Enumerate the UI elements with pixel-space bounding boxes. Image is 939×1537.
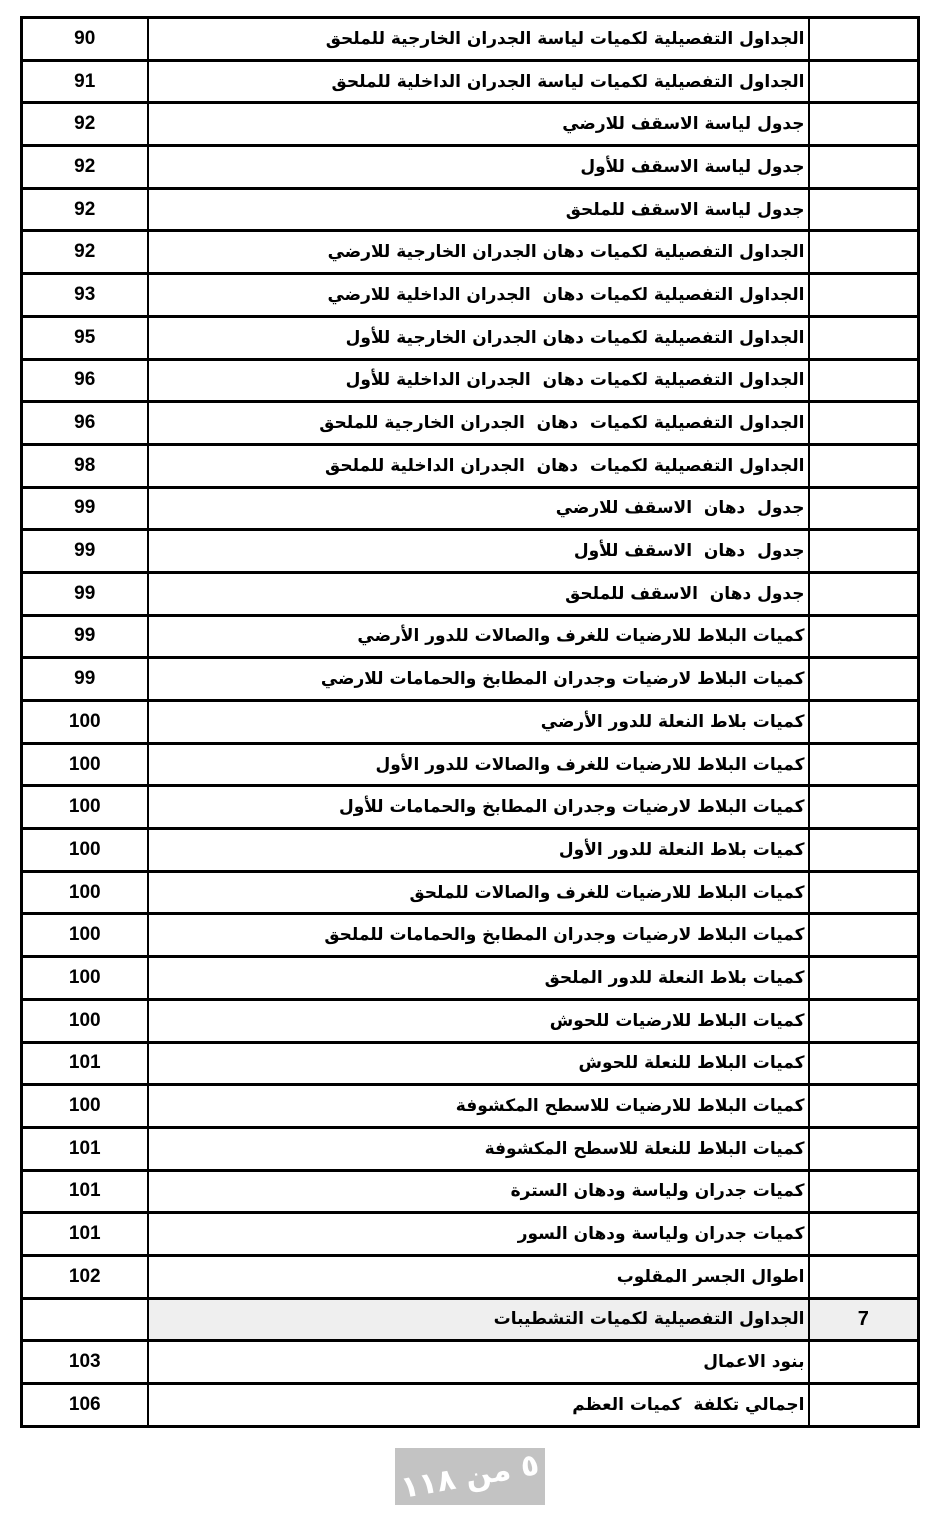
toc-page-number: 92 — [22, 146, 148, 189]
toc-page-number: 96 — [22, 402, 148, 445]
table-row: 96 الجداول التفصيلية لكميات دهان الجدران… — [22, 359, 919, 402]
toc-page-number: 102 — [22, 1255, 148, 1298]
toc-section-number — [809, 359, 919, 402]
toc-entry-title: الجداول التفصيلية لكميات لياسة الجدران ا… — [148, 18, 809, 61]
toc-section-number — [809, 1255, 919, 1298]
toc-page-number: 99 — [22, 487, 148, 530]
toc-section-number — [809, 914, 919, 957]
table-row: 100 كميات البلاط للارضيات للاسطح المكشوف… — [22, 1085, 919, 1128]
toc-page-number: 99 — [22, 572, 148, 615]
toc-entry-title: كميات بلاط النعلة للدور الملحق — [148, 957, 809, 1000]
toc-section-number — [809, 402, 919, 445]
toc-entry-title: كميات جدران ولياسة ودهان السور — [148, 1213, 809, 1256]
toc-section-number — [809, 1127, 919, 1170]
toc-section-number — [809, 957, 919, 1000]
table-row: 96 الجداول التفصيلية لكميات دهان الجدران… — [22, 402, 919, 445]
toc-entry-title: كميات البلاط لارضيات وجدران المطابخ والح… — [148, 914, 809, 957]
toc-entry-title: كميات البلاط لارضيات وجدران المطابخ والح… — [148, 786, 809, 829]
toc-section-number — [809, 829, 919, 872]
table-row: 100 كميات بلاط النعلة للدور الأول — [22, 829, 919, 872]
toc-entry-title: كميات البلاط للارضيات للاسطح المكشوفة — [148, 1085, 809, 1128]
toc-page-number: 100 — [22, 999, 148, 1042]
table-row: 95 الجداول التفصيلية لكميات دهان الجدران… — [22, 316, 919, 359]
toc-entry-title: جدول دهان الاسقف للأول — [148, 530, 809, 573]
toc-page-number: 103 — [22, 1341, 148, 1384]
table-row: 92 جدول لياسة الاسقف للملحق — [22, 188, 919, 231]
table-row: 100 كميات بلاط النعلة للدور الأرضي — [22, 701, 919, 744]
table-row: 100 كميات البلاط لارضيات وجدران المطابخ … — [22, 786, 919, 829]
toc-page-number: 100 — [22, 914, 148, 957]
table-row: 99 كميات البلاط للارضيات للغرف والصالات … — [22, 615, 919, 658]
toc-page-number: 106 — [22, 1384, 148, 1427]
toc-page-number: 92 — [22, 188, 148, 231]
toc-page-number: 96 — [22, 359, 148, 402]
toc-entry-title: جدول دهان الاسقف للملحق — [148, 572, 809, 615]
toc-section-number — [809, 786, 919, 829]
toc-section-number — [809, 1384, 919, 1427]
toc-section-number — [809, 701, 919, 744]
toc-section-number — [809, 615, 919, 658]
toc-page-number: 91 — [22, 60, 148, 103]
toc-page-number: 101 — [22, 1042, 148, 1085]
toc-section-number — [809, 572, 919, 615]
table-row: 90 الجداول التفصيلية لكميات لياسة الجدرا… — [22, 18, 919, 61]
toc-section-number — [809, 1341, 919, 1384]
table-row: 92 جدول لياسة الاسقف للأول — [22, 146, 919, 189]
table-row: 101 كميات جدران ولياسة ودهان السترة — [22, 1170, 919, 1213]
toc-section-number — [809, 530, 919, 573]
table-row: 101 كميات جدران ولياسة ودهان السور — [22, 1213, 919, 1256]
toc-page-number: 92 — [22, 103, 148, 146]
toc-section-number — [809, 316, 919, 359]
toc-entry-title: الجداول التفصيلية لكميات دهان الجدران ال… — [148, 231, 809, 274]
table-row: 100 كميات البلاط للارضيات للحوش — [22, 999, 919, 1042]
toc-section-number — [809, 274, 919, 317]
toc-section-number — [809, 658, 919, 701]
toc-section-number — [809, 1085, 919, 1128]
toc-table: 90 الجداول التفصيلية لكميات لياسة الجدرا… — [20, 16, 920, 1428]
toc-section-number — [809, 231, 919, 274]
table-row: 100 كميات البلاط للارضيات للغرف والصالات… — [22, 743, 919, 786]
toc-page-number: 100 — [22, 701, 148, 744]
toc-entry-title: جدول لياسة الاسقف للارضي — [148, 103, 809, 146]
toc-page-number: 93 — [22, 274, 148, 317]
toc-entry-title: الجداول التفصيلية لكميات دهان الجدران ال… — [148, 274, 809, 317]
toc-page-number: 101 — [22, 1213, 148, 1256]
toc-section-number — [809, 18, 919, 61]
toc-page-number: 100 — [22, 957, 148, 1000]
table-row: 91 الجداول التفصيلية لكميات لياسة الجدرا… — [22, 60, 919, 103]
table-row: 99 جدول دهان الاسقف للارضي — [22, 487, 919, 530]
table-row: 93 الجداول التفصيلية لكميات دهان الجدران… — [22, 274, 919, 317]
toc-section-number — [809, 1042, 919, 1085]
toc-entry-title: كميات بلاط النعلة للدور الأول — [148, 829, 809, 872]
toc-entry-title: كميات البلاط للنعلة للحوش — [148, 1042, 809, 1085]
toc-table-body: 90 الجداول التفصيلية لكميات لياسة الجدرا… — [22, 18, 919, 1427]
toc-section-number — [809, 871, 919, 914]
table-row: 100 كميات البلاط لارضيات وجدران المطابخ … — [22, 914, 919, 957]
toc-page-number: 100 — [22, 786, 148, 829]
toc-entry-title: جدول دهان الاسقف للارضي — [148, 487, 809, 530]
document-page: 90 الجداول التفصيلية لكميات لياسة الجدرا… — [0, 0, 939, 1537]
toc-page-number: 98 — [22, 444, 148, 487]
table-row: 98 الجداول التفصيلية لكميات دهان الجدران… — [22, 444, 919, 487]
toc-entry-title: كميات جدران ولياسة ودهان السترة — [148, 1170, 809, 1213]
toc-section-number — [809, 1170, 919, 1213]
toc-page-number: 100 — [22, 1085, 148, 1128]
toc-entry-title: اجمالي تكلفة كميات العظم — [148, 1384, 809, 1427]
toc-entry-title: الجداول التفصيلية لكميات دهان الجدران ال… — [148, 316, 809, 359]
toc-page-number: 95 — [22, 316, 148, 359]
toc-entry-title: الجداول التفصيلية لكميات التشطيبات — [148, 1298, 809, 1341]
table-row: 103 بنود الاعمال — [22, 1341, 919, 1384]
toc-page-number: 100 — [22, 829, 148, 872]
table-row: 99 جدول دهان الاسقف للملحق — [22, 572, 919, 615]
toc-section-number — [809, 487, 919, 530]
toc-entry-title: كميات البلاط للارضيات للغرف والصالات للد… — [148, 743, 809, 786]
toc-section-number — [809, 60, 919, 103]
toc-entry-title: جدول لياسة الاسقف للملحق — [148, 188, 809, 231]
table-row: 92 الجداول التفصيلية لكميات دهان الجدران… — [22, 231, 919, 274]
toc-section-number — [809, 1213, 919, 1256]
toc-entry-title: الجداول التفصيلية لكميات لياسة الجدران ا… — [148, 60, 809, 103]
table-row: 101 كميات البلاط للنعلة للاسطح المكشوفة — [22, 1127, 919, 1170]
toc-page-number: 99 — [22, 615, 148, 658]
table-row: 100 كميات بلاط النعلة للدور الملحق — [22, 957, 919, 1000]
toc-section-number — [809, 146, 919, 189]
toc-entry-title: كميات البلاط للنعلة للاسطح المكشوفة — [148, 1127, 809, 1170]
toc-page-number: 99 — [22, 530, 148, 573]
toc-section-number — [809, 743, 919, 786]
toc-entry-title: كميات البلاط للارضيات للحوش — [148, 999, 809, 1042]
table-row: 106 اجمالي تكلفة كميات العظم — [22, 1384, 919, 1427]
toc-page-number: 101 — [22, 1127, 148, 1170]
toc-entry-title: الجداول التفصيلية لكميات دهان الجدران ال… — [148, 402, 809, 445]
table-row: 102 اطوال الجسر المقلوب — [22, 1255, 919, 1298]
toc-section-number — [809, 444, 919, 487]
toc-page-number: 99 — [22, 658, 148, 701]
toc-page-number: 100 — [22, 871, 148, 914]
toc-section-number — [809, 188, 919, 231]
table-row: 99 كميات البلاط لارضيات وجدران المطابخ و… — [22, 658, 919, 701]
toc-page-number: 101 — [22, 1170, 148, 1213]
toc-page-number — [22, 1298, 148, 1341]
table-row: 101 كميات البلاط للنعلة للحوش — [22, 1042, 919, 1085]
toc-entry-title: كميات البلاط للارضيات للغرف والصالات للم… — [148, 871, 809, 914]
toc-section-number — [809, 103, 919, 146]
toc-entry-title: بنود الاعمال — [148, 1341, 809, 1384]
table-row: الجداول التفصيلية لكميات التشطيبات 7 — [22, 1298, 919, 1341]
toc-entry-title: اطوال الجسر المقلوب — [148, 1255, 809, 1298]
toc-page-number: 92 — [22, 231, 148, 274]
toc-entry-title: كميات البلاط للارضيات للغرف والصالات للد… — [148, 615, 809, 658]
toc-section-number: 7 — [809, 1298, 919, 1341]
toc-page-number: 100 — [22, 743, 148, 786]
toc-entry-title: كميات البلاط لارضيات وجدران المطابخ والح… — [148, 658, 809, 701]
toc-entry-title: كميات بلاط النعلة للدور الأرضي — [148, 701, 809, 744]
toc-entry-title: الجداول التفصيلية لكميات دهان الجدران ال… — [148, 444, 809, 487]
toc-section-number — [809, 999, 919, 1042]
table-row: 99 جدول دهان الاسقف للأول — [22, 530, 919, 573]
table-row: 92 جدول لياسة الاسقف للارضي — [22, 103, 919, 146]
toc-entry-title: الجداول التفصيلية لكميات دهان الجدران ال… — [148, 359, 809, 402]
table-row: 100 كميات البلاط للارضيات للغرف والصالات… — [22, 871, 919, 914]
toc-entry-title: جدول لياسة الاسقف للأول — [148, 146, 809, 189]
toc-page-number: 90 — [22, 18, 148, 61]
